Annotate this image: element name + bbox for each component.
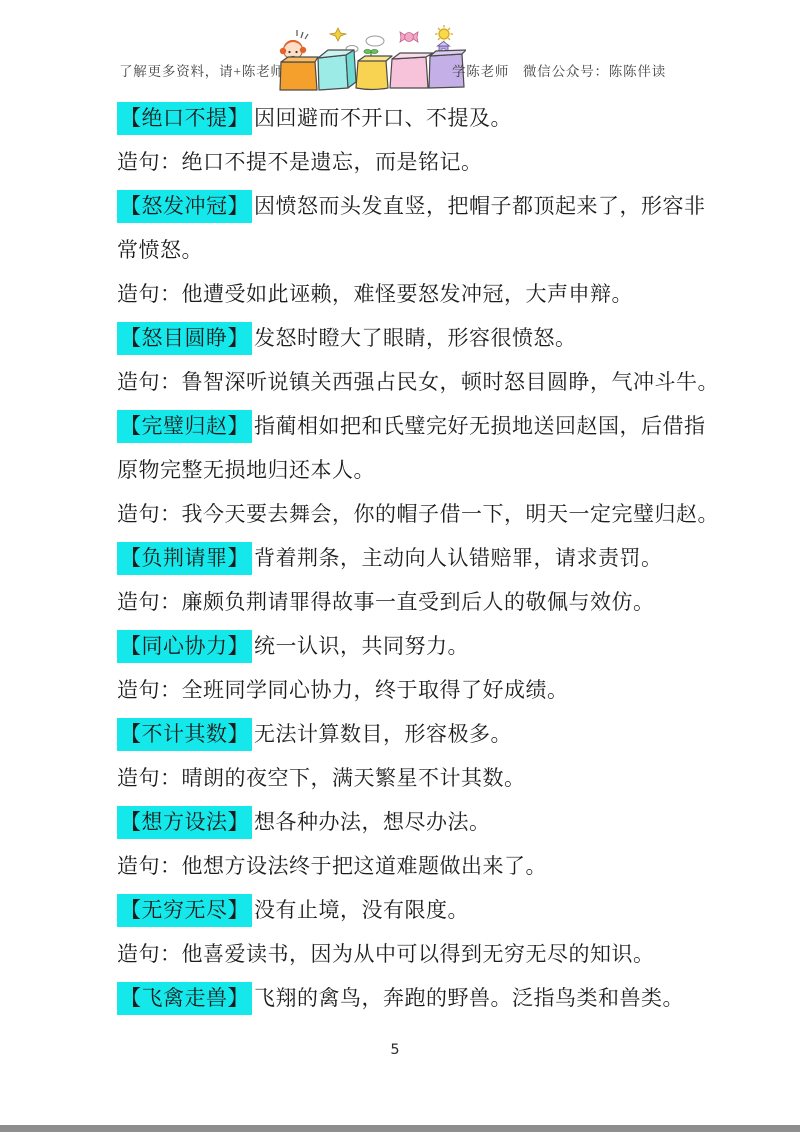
idiom-definition: 想各种办法，想尽办法。 — [254, 810, 491, 834]
idiom-entry: 【怒目圆睁】发怒时瞪大了眼睛，形容很愤怒。 造句：鲁智深听说镇关西强占民女，顿时… — [117, 316, 785, 404]
idiom-definition: 发怒时瞪大了眼睛，形容很愤怒。 — [254, 326, 577, 350]
idiom-definition: 统一认识，共同努力。 — [254, 634, 469, 658]
example-sentence: 造句：鲁智深听说镇关西强占民女，顿时怒目圆睁，气冲斗牛。 — [117, 360, 785, 404]
idiom-definition: 背着荆条，主动向人认错赔罪，请求责罚。 — [254, 546, 663, 570]
idiom-definition: 飞翔的禽鸟，奔跑的野兽。泛指鸟类和兽类。 — [254, 986, 684, 1010]
idiom-entry: 【同心协力】统一认识，共同努力。 造句：全班同学同心协力，终于取得了好成绩。 — [117, 624, 785, 712]
idiom-term-highlight: 【飞禽走兽】 — [117, 982, 252, 1015]
example-sentence: 造句：他想方设法终于把这道难题做出来了。 — [117, 844, 785, 888]
idiom-definition: 因回避而不开口、不提及。 — [254, 106, 512, 130]
example-sentence: 造句：晴朗的夜空下，满天繁星不计其数。 — [117, 756, 785, 800]
cartoon-blocks-illustration — [276, 24, 466, 94]
example-sentence: 造句：绝口不提不是遗忘，而是铭记。 — [117, 140, 785, 184]
header-teacher-text: 学陈老师 — [452, 60, 509, 80]
idiom-entry: 【飞禽走兽】飞翔的禽鸟，奔跑的野兽。泛指鸟类和兽类。 — [117, 976, 785, 1020]
idiom-term-highlight: 【怒发冲冠】 — [117, 190, 252, 223]
idiom-term-highlight: 【无穷无尽】 — [117, 894, 252, 927]
idiom-term-highlight: 【完璧归赵】 — [117, 410, 252, 443]
idiom-entry: 【想方设法】想各种办法，想尽办法。 造句：他想方设法终于把这道难题做出来了。 — [117, 800, 785, 888]
girl-icon — [280, 30, 308, 60]
idiom-list: 【绝口不提】因回避而不开口、不提及。 造句：绝口不提不是遗忘，而是铭记。 【怒发… — [117, 96, 785, 1020]
idiom-entry: 【怒发冲冠】因愤怒而头发直竖，把帽子都顶起来了，形容非常愤怒。 造句：他遭受如此… — [117, 184, 785, 316]
example-sentence: 造句：他遭受如此诬赖，难怪要怒发冲冠，大声申辩。 — [117, 272, 785, 316]
example-sentence: 造句：他喜爱读书，因为从中可以得到无穷无尽的知识。 — [117, 932, 785, 976]
idiom-term-highlight: 【同心协力】 — [117, 630, 252, 663]
scan-edge-strip — [0, 1125, 800, 1132]
idiom-definition: 无法计算数目，形容极多。 — [254, 722, 512, 746]
candy-icon — [400, 32, 418, 42]
idiom-term-highlight: 【绝口不提】 — [117, 102, 252, 135]
example-sentence: 造句：廉颇负荆请罪得故事一直受到后人的敬佩与效仿。 — [117, 580, 785, 624]
idiom-term-highlight: 【不计其数】 — [117, 718, 252, 751]
idiom-entry: 【完璧归赵】指蔺相如把和氏璧完好无损地送回赵国，后借指原物完整无损地归还本人。 … — [117, 404, 785, 536]
idiom-term-highlight: 【想方设法】 — [117, 806, 252, 839]
page-header: 了解更多资料，请+陈老师微信 — [0, 0, 800, 96]
idiom-entry: 【负荆请罪】背着荆条，主动向人认错赔罪，请求责罚。 造句：廉颇负荆请罪得故事一直… — [117, 536, 785, 624]
page-number: 5 — [390, 1042, 399, 1058]
sun-icon — [435, 25, 453, 43]
idiom-entry: 【不计其数】无法计算数目，形容极多。 造句：晴朗的夜空下，满天繁星不计其数。 — [117, 712, 785, 800]
idiom-definition: 没有止境，没有限度。 — [254, 898, 469, 922]
idiom-term-highlight: 【负荆请罪】 — [117, 542, 252, 575]
example-sentence: 造句：全班同学同心协力，终于取得了好成绩。 — [117, 668, 785, 712]
header-wechat-account-text: 微信公众号：陈陈伴读 — [523, 60, 666, 80]
page-footer: 5 — [0, 1042, 790, 1058]
star-icon — [330, 28, 346, 41]
example-sentence: 造句：我今天要去舞会，你的帽子借一下，明天一定完璧归赵。 — [117, 492, 785, 536]
toy-blocks-icon — [280, 50, 466, 90]
document-page: 了解更多资料，请+陈老师微信 — [0, 0, 800, 1132]
idiom-entry: 【绝口不提】因回避而不开口、不提及。 造句：绝口不提不是遗忘，而是铭记。 — [117, 96, 785, 184]
idiom-entry: 【无穷无尽】没有止境，没有限度。 造句：他喜爱读书，因为从中可以得到无穷无尽的知… — [117, 888, 785, 976]
idiom-term-highlight: 【怒目圆睁】 — [117, 322, 252, 355]
